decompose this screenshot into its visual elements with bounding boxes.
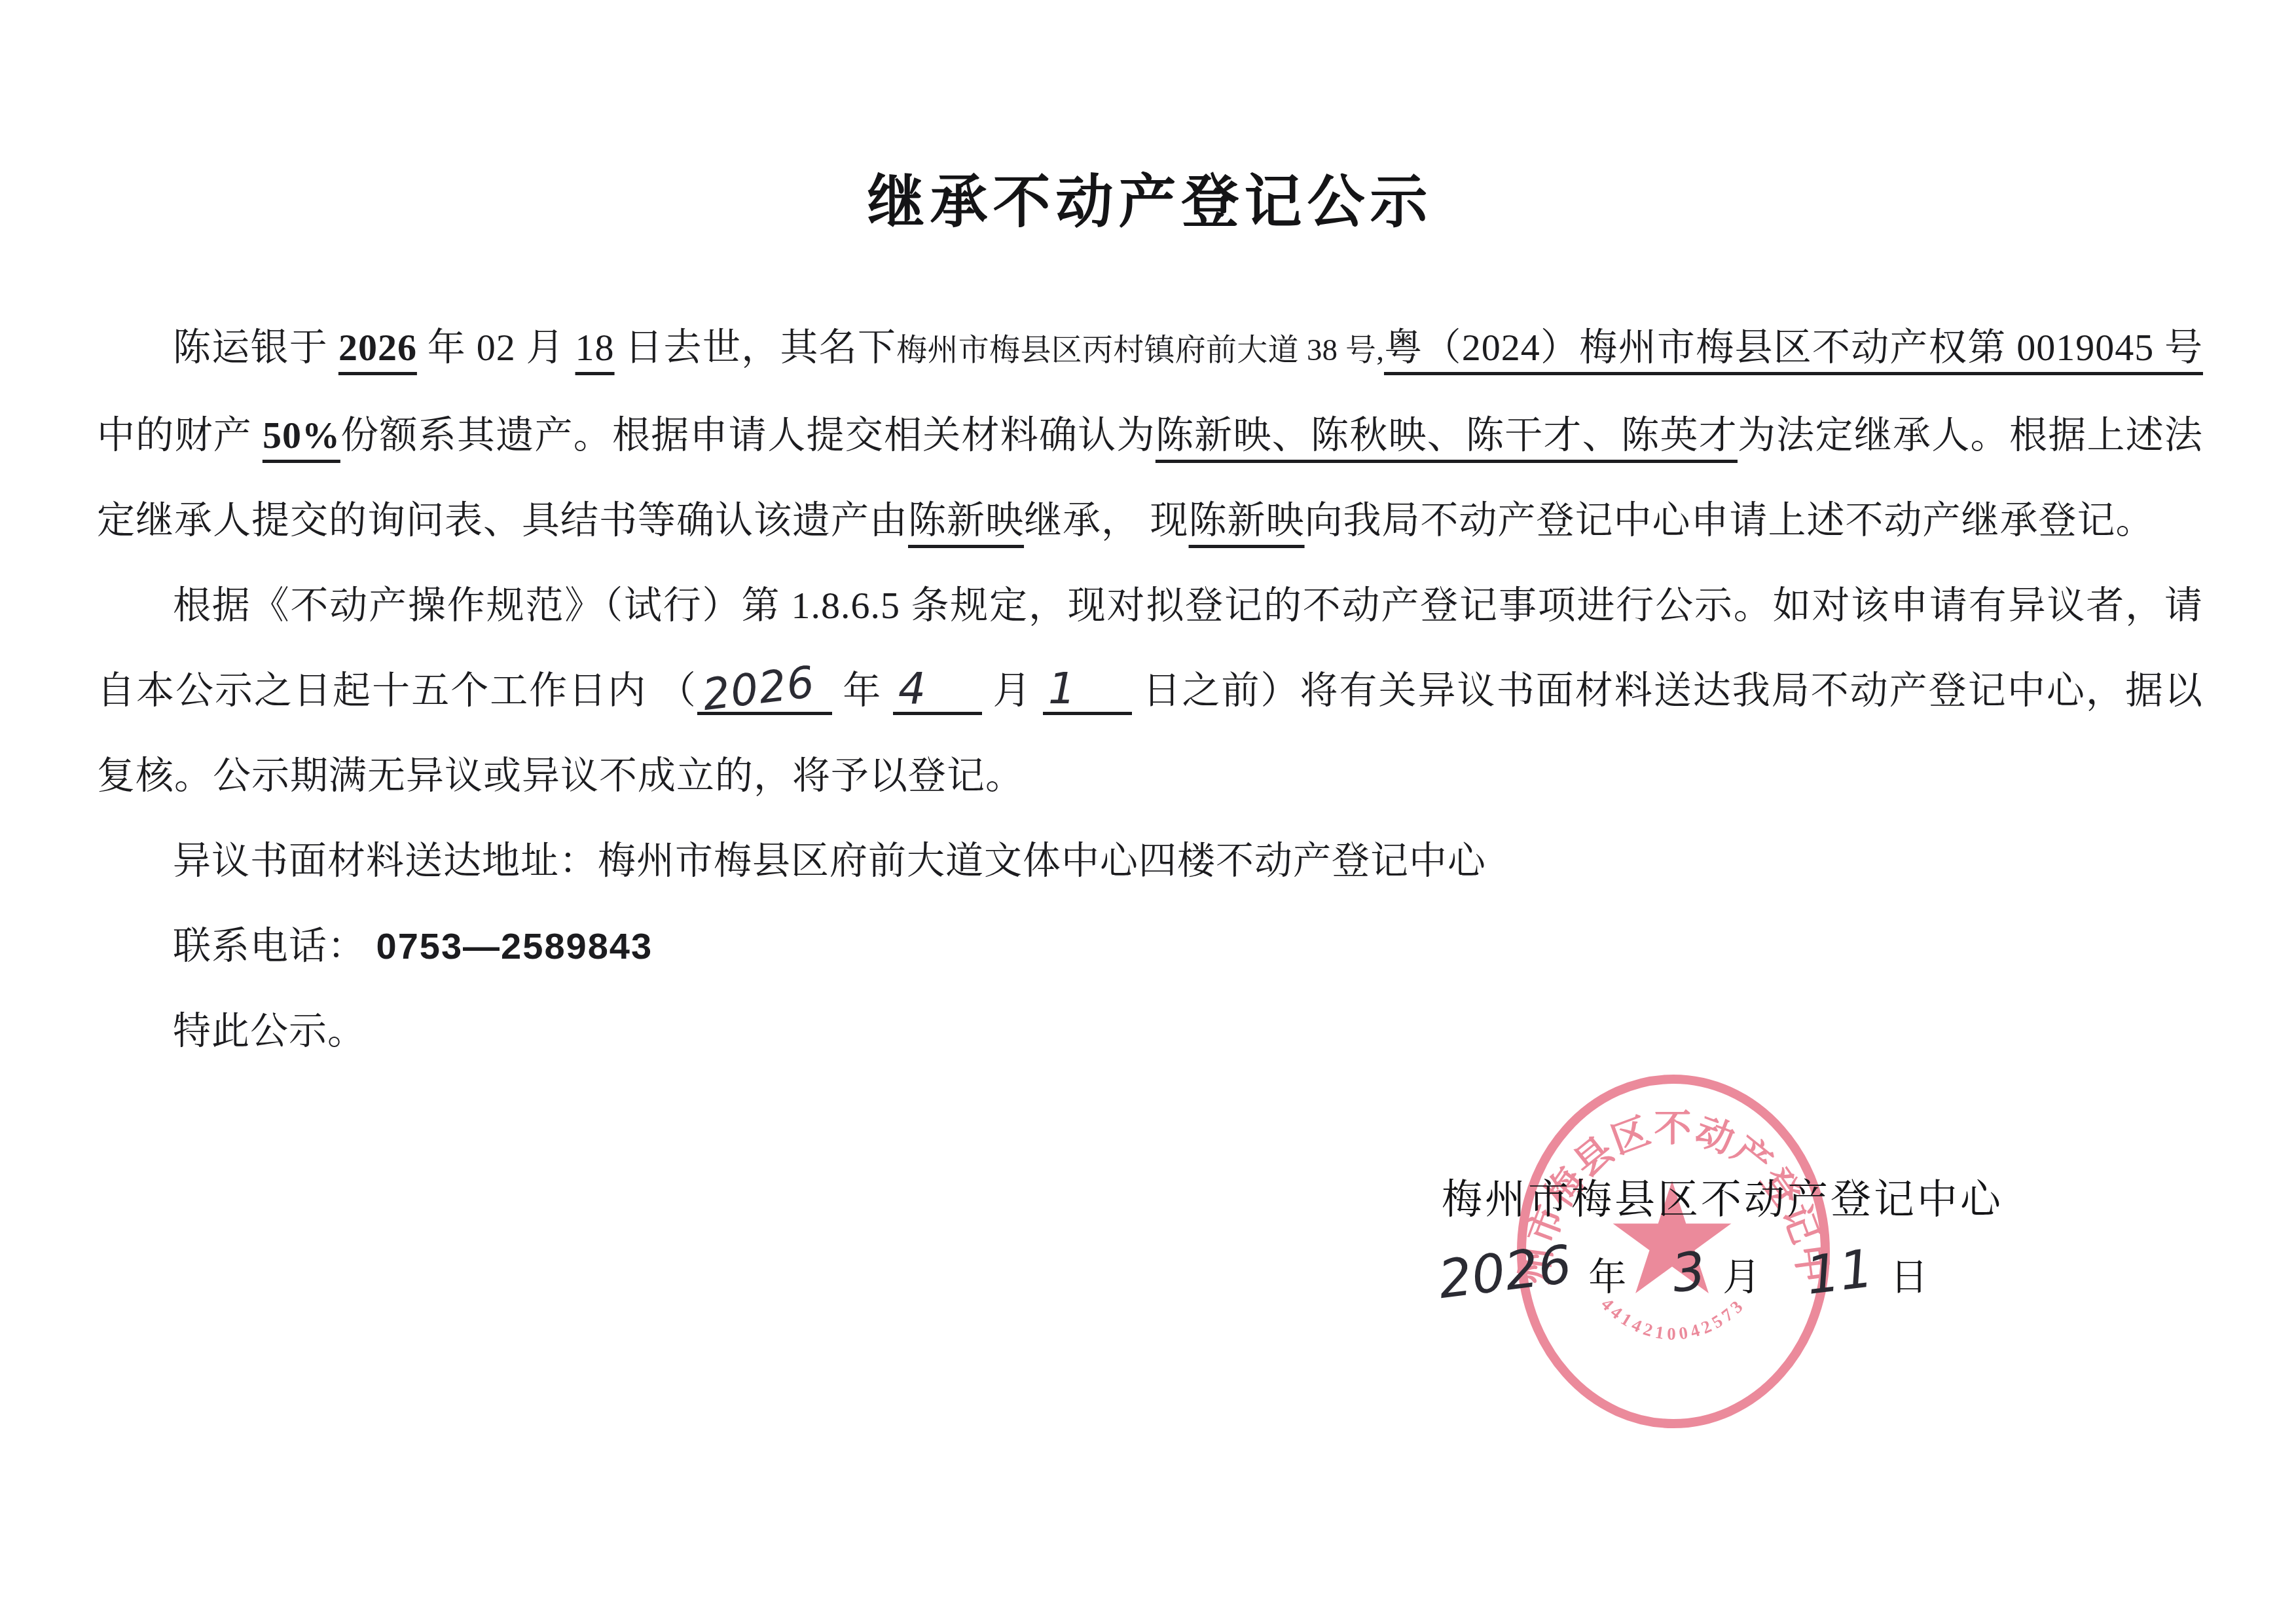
objection-address-text: 异议书面材料送达地址：梅州市梅县区府前大道文体中心四楼不动产登记中心 (173, 840, 1486, 882)
legal-heirs-underlined: 陈新映、陈秋映、陈干才、陈英才 (1156, 414, 1738, 456)
share-percentage-underlined: 50% (263, 414, 340, 456)
text-run: 份额系其遗产。根据申请人提交相关材料确认为 (340, 414, 1156, 456)
text-run: 年 02 月 (417, 326, 575, 369)
applicant-name-underlined: 陈新映 (1189, 499, 1305, 542)
handwritten-signature-day: 11 (1803, 1238, 1876, 1306)
paragraph-contact-phone: 联系电话： 0753—2589843 (97, 904, 2203, 989)
month-label: 月 (1722, 1256, 1760, 1299)
paragraph-inheritance-facts: 陈运银于 2026 年 02 月 18 日去世，其名下梅州市梅县区丙村镇府前大道… (97, 305, 2203, 563)
deadline-year-blank: 2026 (697, 667, 832, 715)
text-run: 年 (832, 669, 893, 712)
signature-date-line: 2026年3月11日 (1438, 1242, 1928, 1302)
deadline-month-blank: 4 (893, 667, 982, 715)
document-page: 继承不动产登记公示 陈运银于 2026 年 02 月 18 日去世，其名下梅州市… (0, 0, 2296, 1624)
text-run: 月 (982, 669, 1043, 712)
handwritten-signature-month: 3 (1669, 1240, 1709, 1304)
handwritten-deadline-year: 2026 (700, 661, 817, 717)
handwritten-deadline-month: 4 (898, 663, 926, 714)
deadline-day-blank: 1 (1043, 667, 1132, 715)
heir-name-underlined: 陈新映 (908, 499, 1024, 542)
text-run: 中的财产 (97, 414, 263, 456)
property-certificate-number-underlined: 粤（2024）梅州市梅县区不动产权第 0019045 号 (1384, 326, 2203, 369)
death-day-underlined: 18 (575, 326, 615, 369)
document-content: 继承不动产登记公示 陈运银于 2026 年 02 月 18 日去世，其名下梅州市… (0, 0, 2296, 1074)
text-run: 日去世，其名下 (615, 326, 897, 369)
phone-number: 0753—2589843 (376, 925, 653, 967)
paragraph-public-notice-terms: 根据《不动产操作规范》（试行）第 1.8.6.5 条规定，现对拟登记的不动产登记… (97, 563, 2203, 819)
phone-label: 联系电话： (173, 925, 376, 967)
page-title: 继承不动产登记公示 (97, 156, 2203, 238)
closing-text: 特此公示。 (173, 1010, 366, 1052)
text-run: 陈运银于 (173, 326, 338, 369)
handwritten-signature-year: 2026 (1435, 1234, 1575, 1310)
death-year-underlined: 2026 (338, 326, 417, 369)
day-label: 日 (1890, 1256, 1928, 1299)
text-run: 继承， 现 (1024, 499, 1189, 542)
text-run: 向我局不动产登记中心申请上述不动产继承登记。 (1305, 499, 2155, 542)
handwritten-deadline-day: 1 (1048, 663, 1076, 714)
year-label: 年 (1588, 1256, 1626, 1299)
paragraph-closing: 特此公示。 (97, 989, 2203, 1074)
paragraph-objection-address: 异议书面材料送达地址：梅州市梅县区府前大道文体中心四楼不动产登记中心 (97, 819, 2203, 904)
property-address: 梅州市梅县区丙村镇府前大道 38 号, (896, 333, 1384, 367)
signature-organization: 梅州市梅县区不动产登记中心 (1442, 1167, 2003, 1225)
